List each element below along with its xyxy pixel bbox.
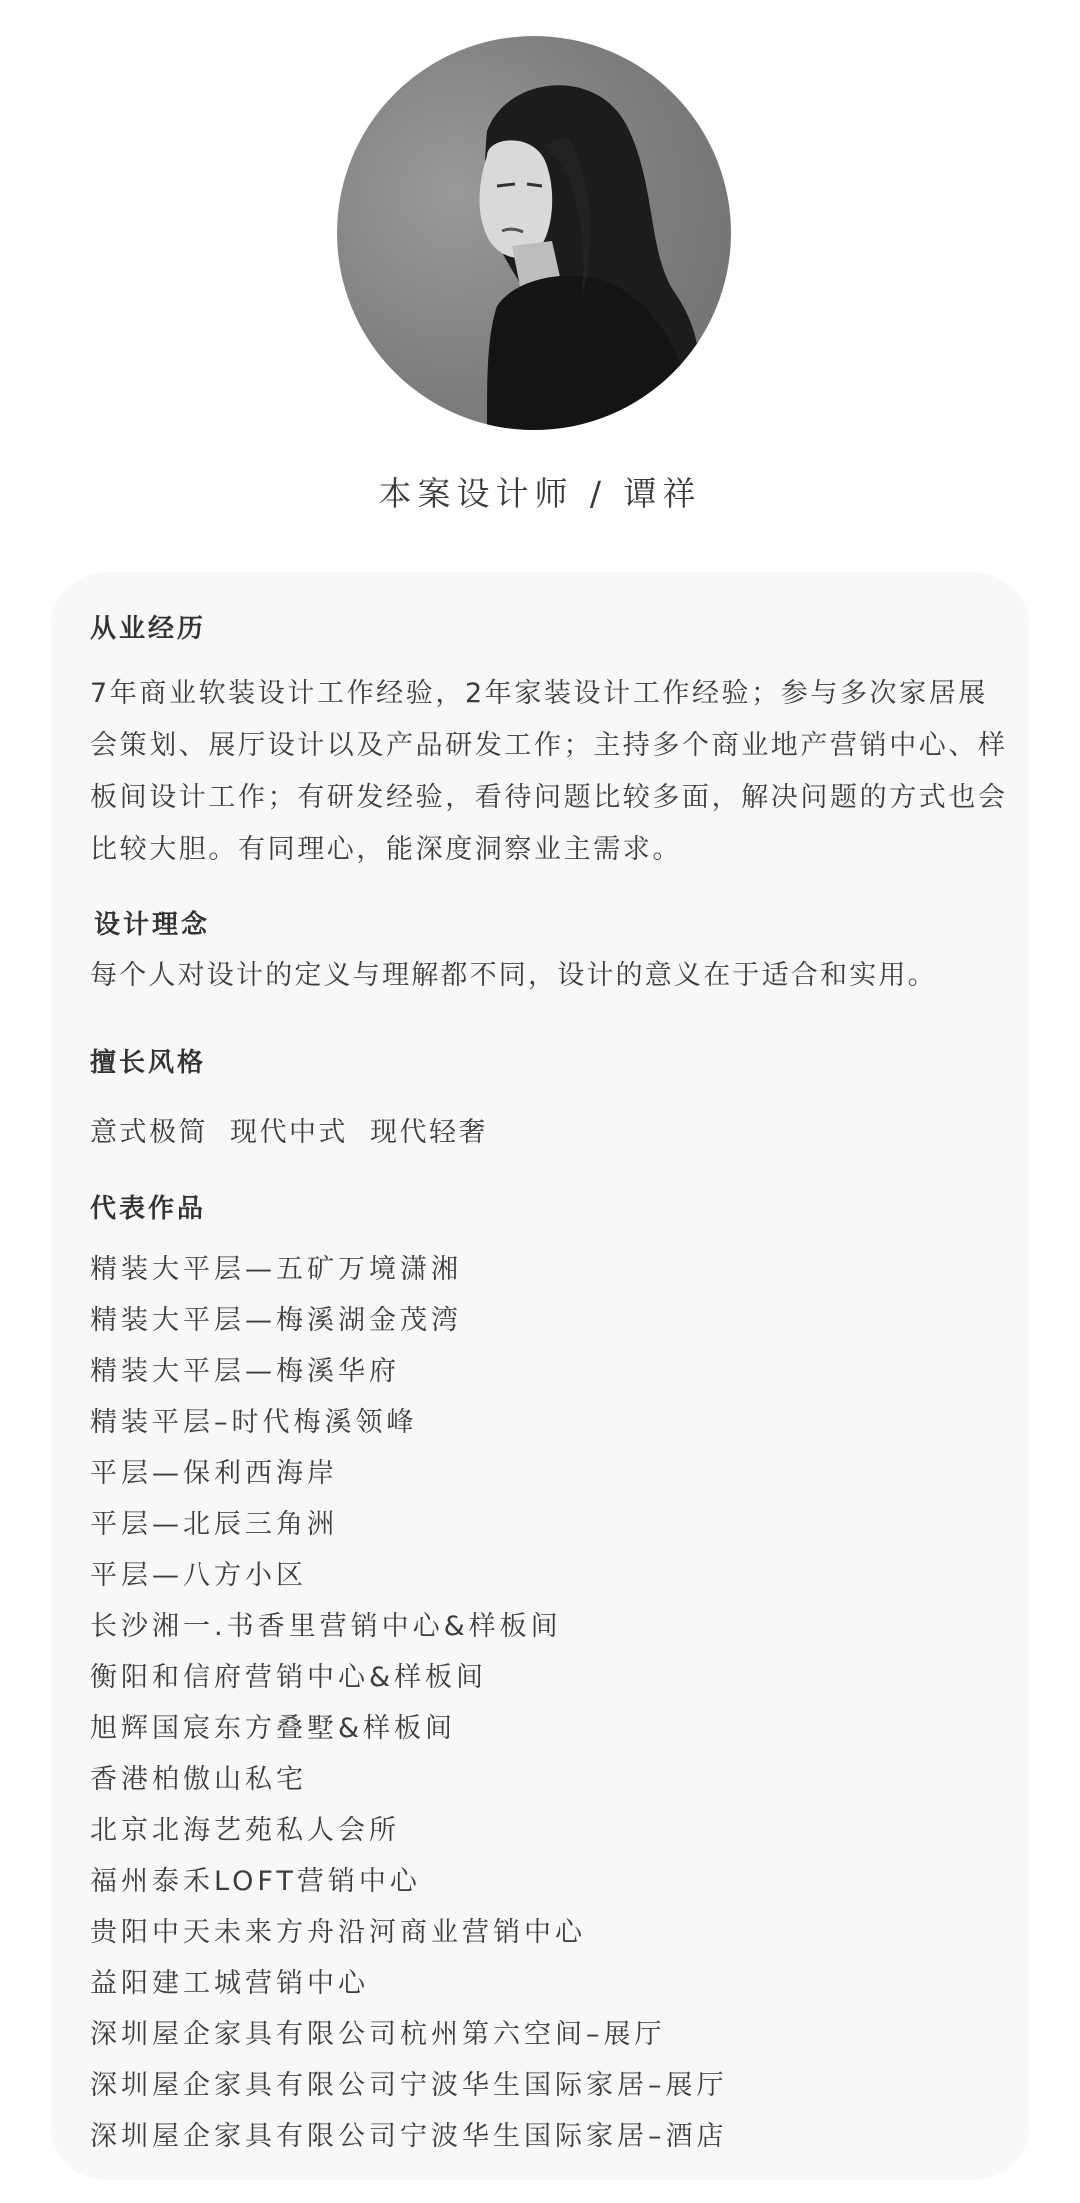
works-heading: 代表作品	[90, 1188, 206, 1225]
designer-avatar	[337, 36, 731, 430]
work-item: 精装大平层—梅溪华府	[90, 1346, 728, 1397]
work-item: 平层—八方小区	[90, 1550, 728, 1601]
philosophy-text: 每个人对设计的定义与理解都不同，设计的意义在于适合和实用。	[90, 950, 1030, 1002]
work-item: 长沙湘一.书香里营销中心&样板间	[90, 1601, 728, 1652]
works-list: 精装大平层—五矿万境潇湘 精装大平层—梅溪湖金茂湾 精装大平层—梅溪华府 精装平…	[90, 1244, 728, 2162]
work-item: 衡阳和信府营销中心&样板间	[90, 1652, 728, 1703]
work-item: 旭辉国宸东方叠墅&样板间	[90, 1703, 728, 1754]
style-tag: 现代中式	[230, 1110, 348, 1149]
style-tag: 现代轻奢	[370, 1110, 488, 1149]
style-tag: 意式极简	[90, 1110, 208, 1149]
styles-heading: 擅长风格	[90, 1042, 206, 1079]
styles-list: 意式极简 现代中式 现代轻奢	[90, 1110, 488, 1149]
work-item: 精装大平层—五矿万境潇湘	[90, 1244, 728, 1295]
work-item: 深圳屋企家具有限公司杭州第六空间–展厅	[90, 2009, 728, 2060]
work-item: 精装平层–时代梅溪领峰	[90, 1397, 728, 1448]
work-item: 深圳屋企家具有限公司宁波华生国际家居–酒店	[90, 2111, 728, 2162]
work-item: 深圳屋企家具有限公司宁波华生国际家居–展厅	[90, 2060, 728, 2111]
work-item: 平层—保利西海岸	[90, 1448, 728, 1499]
designer-title: 本案设计师 / 谭祥	[0, 468, 1080, 515]
experience-heading: 从业经历	[90, 608, 206, 645]
designer-profile-card: 从业经历 7年商业软装设计工作经验，2年家装设计工作经验；参与多次家居展会策划、…	[50, 572, 1030, 2180]
portrait-image	[337, 36, 731, 430]
work-item: 精装大平层—梅溪湖金茂湾	[90, 1295, 728, 1346]
work-item: 贵阳中天未来方舟沿河商业营销中心	[90, 1907, 728, 1958]
work-item: 平层—北辰三角洲	[90, 1499, 728, 1550]
work-item: 福州泰禾LOFT营销中心	[90, 1856, 728, 1907]
work-item: 香港柏傲山私宅	[90, 1754, 728, 1805]
philosophy-heading: 设计理念	[94, 904, 210, 941]
experience-text: 7年商业软装设计工作经验，2年家装设计工作经验；参与多次家居展会策划、展厅设计以…	[90, 668, 1010, 876]
work-item: 益阳建工城营销中心	[90, 1958, 728, 2009]
work-item: 北京北海艺苑私人会所	[90, 1805, 728, 1856]
